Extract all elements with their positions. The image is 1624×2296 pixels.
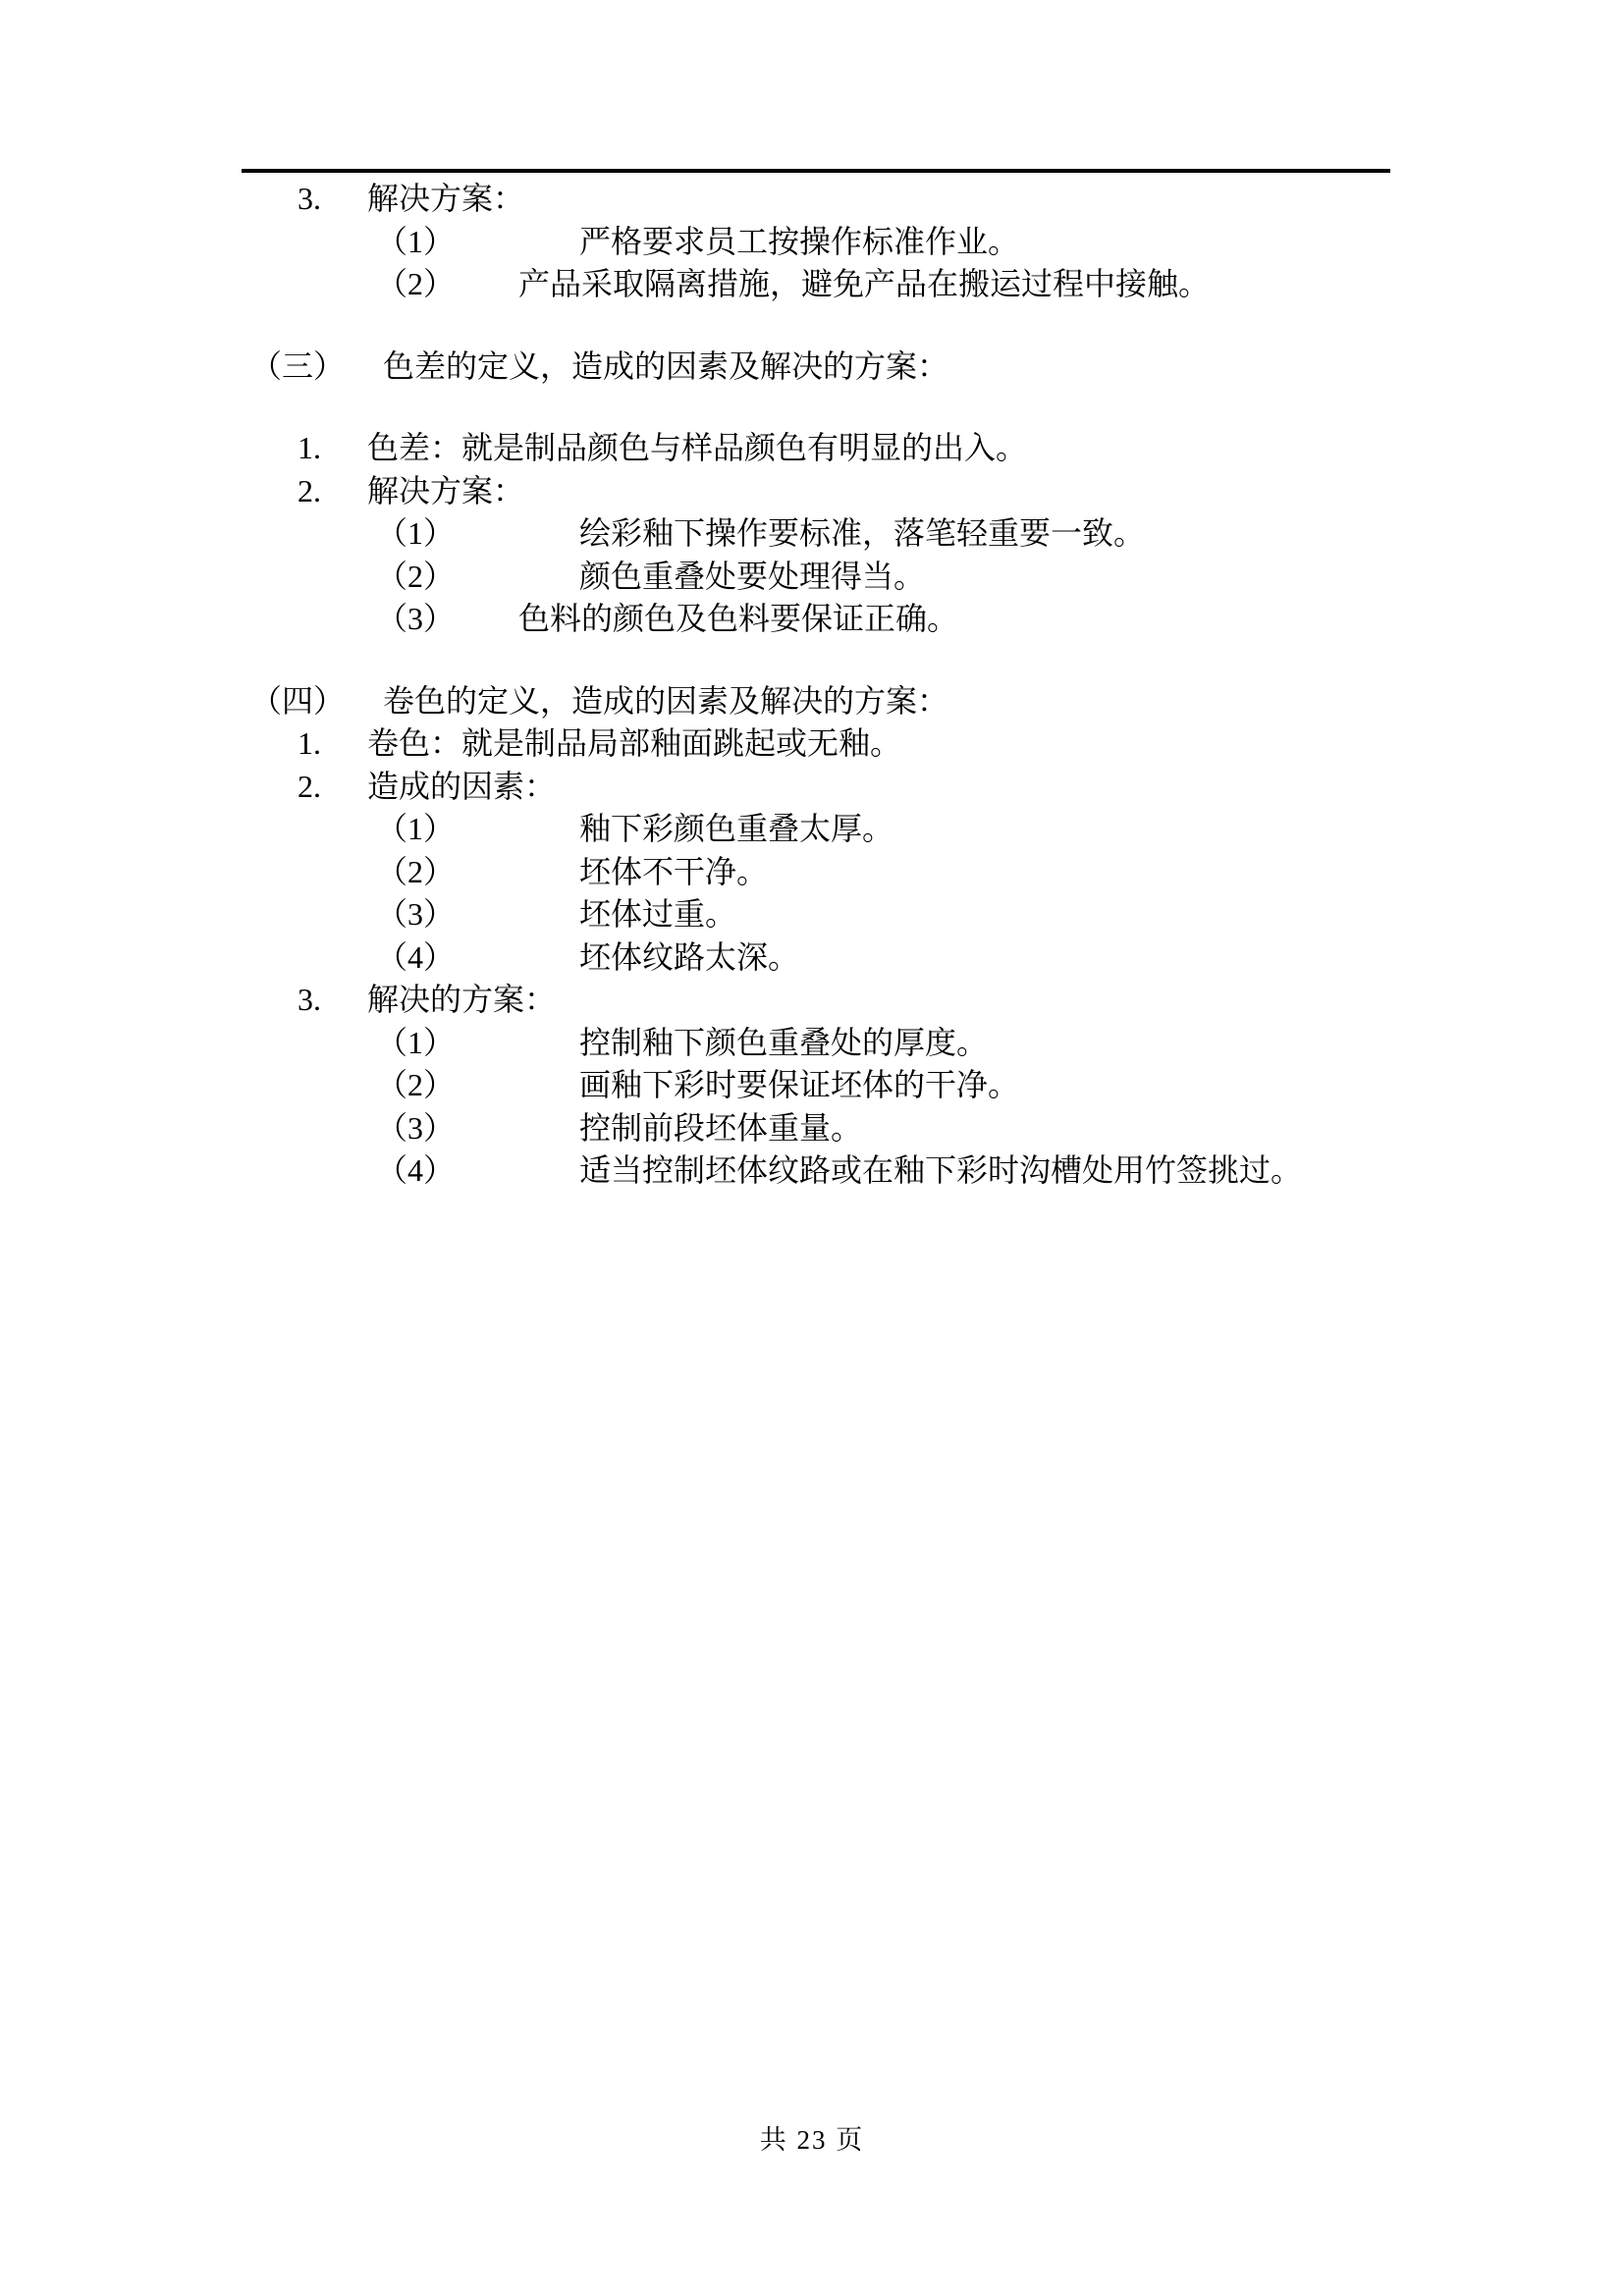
line-text: 画釉下彩时要保证坯体的干净。 bbox=[579, 1064, 1019, 1107]
doc-line: （1） 控制釉下颜色重叠处的厚度。 bbox=[0, 1022, 1624, 1065]
page-count-text: 共 23 页 bbox=[760, 2125, 865, 2155]
line-text: 控制前段坯体重量。 bbox=[579, 1107, 862, 1150]
doc-line: （四） 卷色的定义，造成的因素及解决的方案： bbox=[0, 680, 1624, 723]
doc-line: （1） 绘彩釉下操作要标准，落笔轻重要一致。 bbox=[0, 512, 1624, 556]
blank-line bbox=[0, 306, 1624, 346]
line-text: 绘彩釉下操作要标准，落笔轻重要一致。 bbox=[579, 512, 1145, 556]
doc-line: 3. 解决方案： bbox=[0, 178, 1624, 221]
list-marker: 3. bbox=[298, 979, 321, 1022]
document-body: 3. 解决方案： （1） 严格要求员工按操作标准作业。 （2） 产品采取隔离措施… bbox=[0, 178, 1624, 1193]
line-text: 解决的方案： bbox=[367, 979, 556, 1022]
line-text: 造成的因素： bbox=[367, 766, 556, 809]
list-marker: （4） bbox=[376, 1149, 455, 1193]
list-marker: （3） bbox=[376, 893, 455, 936]
doc-line: （4） 坯体纹路太深。 bbox=[0, 936, 1624, 980]
blank-line bbox=[0, 388, 1624, 427]
doc-line: （3） 控制前段坯体重量。 bbox=[0, 1107, 1624, 1150]
doc-line: （4） 适当控制坯体纹路或在釉下彩时沟槽处用竹签挑过。 bbox=[0, 1149, 1624, 1193]
list-marker: 2. bbox=[298, 470, 321, 513]
doc-line: （3） 坯体过重。 bbox=[0, 893, 1624, 936]
list-marker: 2. bbox=[298, 766, 321, 809]
line-text: 坯体不干净。 bbox=[579, 851, 768, 894]
header-divider-line bbox=[242, 169, 1390, 173]
doc-line: （1） 严格要求员工按操作标准作业。 bbox=[0, 221, 1624, 264]
doc-line: 3. 解决的方案： bbox=[0, 979, 1624, 1022]
doc-line: （3） 色料的颜色及色料要保证正确。 bbox=[0, 598, 1624, 641]
line-text: 坯体过重。 bbox=[579, 893, 736, 936]
line-text: 色料的颜色及色料要保证正确。 bbox=[518, 598, 958, 641]
line-text: 釉下彩颜色重叠太厚。 bbox=[579, 808, 893, 851]
line-text: 卷色：就是制品局部釉面跳起或无釉。 bbox=[367, 722, 901, 766]
list-marker: 1. bbox=[298, 427, 321, 470]
list-marker: （2） bbox=[376, 851, 455, 894]
list-marker: （3） bbox=[376, 1107, 455, 1150]
doc-line: （三） 色差的定义，造成的因素及解决的方案： bbox=[0, 346, 1624, 389]
line-text: 控制釉下颜色重叠处的厚度。 bbox=[579, 1022, 988, 1065]
line-text: 产品采取隔离措施，避免产品在搬运过程中接触。 bbox=[518, 263, 1210, 306]
list-marker: （四） bbox=[250, 680, 345, 723]
page-footer: 共 23 页 bbox=[0, 2123, 1624, 2157]
line-text: 解决方案： bbox=[367, 470, 524, 513]
list-marker: （三） bbox=[250, 346, 345, 389]
line-text: 解决方案： bbox=[367, 178, 524, 221]
doc-line: 1. 色差：就是制品颜色与样品颜色有明显的出入。 bbox=[0, 427, 1624, 470]
doc-line: （2） 颜色重叠处要处理得当。 bbox=[0, 556, 1624, 599]
line-text: 色差的定义，造成的因素及解决的方案： bbox=[383, 346, 948, 389]
list-marker: （4） bbox=[376, 936, 455, 980]
doc-line: （1） 釉下彩颜色重叠太厚。 bbox=[0, 808, 1624, 851]
doc-line: （2） 坯体不干净。 bbox=[0, 851, 1624, 894]
list-marker: （2） bbox=[376, 263, 455, 306]
line-text: 坯体纹路太深。 bbox=[579, 936, 799, 980]
line-text: 适当控制坯体纹路或在釉下彩时沟槽处用竹签挑过。 bbox=[579, 1149, 1302, 1193]
blank-line bbox=[0, 641, 1624, 680]
list-marker: （2） bbox=[376, 1064, 455, 1107]
document-page: 3. 解决方案： （1） 严格要求员工按操作标准作业。 （2） 产品采取隔离措施… bbox=[0, 0, 1624, 2296]
line-text: 颜色重叠处要处理得当。 bbox=[579, 556, 925, 599]
list-marker: （1） bbox=[376, 512, 455, 556]
doc-line: 2. 造成的因素： bbox=[0, 766, 1624, 809]
list-marker: （1） bbox=[376, 1022, 455, 1065]
line-text: 卷色的定义，造成的因素及解决的方案： bbox=[383, 680, 948, 723]
list-marker: 1. bbox=[298, 722, 321, 766]
doc-line: （2） 产品采取隔离措施，避免产品在搬运过程中接触。 bbox=[0, 263, 1624, 306]
list-marker: 3. bbox=[298, 178, 321, 221]
list-marker: （3） bbox=[376, 598, 455, 641]
line-text: 严格要求员工按操作标准作业。 bbox=[579, 221, 1019, 264]
list-marker: （1） bbox=[376, 808, 455, 851]
list-marker: （2） bbox=[376, 556, 455, 599]
doc-line: 1. 卷色：就是制品局部釉面跳起或无釉。 bbox=[0, 722, 1624, 766]
list-marker: （1） bbox=[376, 221, 455, 264]
doc-line: （2） 画釉下彩时要保证坯体的干净。 bbox=[0, 1064, 1624, 1107]
line-text: 色差：就是制品颜色与样品颜色有明显的出入。 bbox=[367, 427, 1027, 470]
doc-line: 2. 解决方案： bbox=[0, 470, 1624, 513]
